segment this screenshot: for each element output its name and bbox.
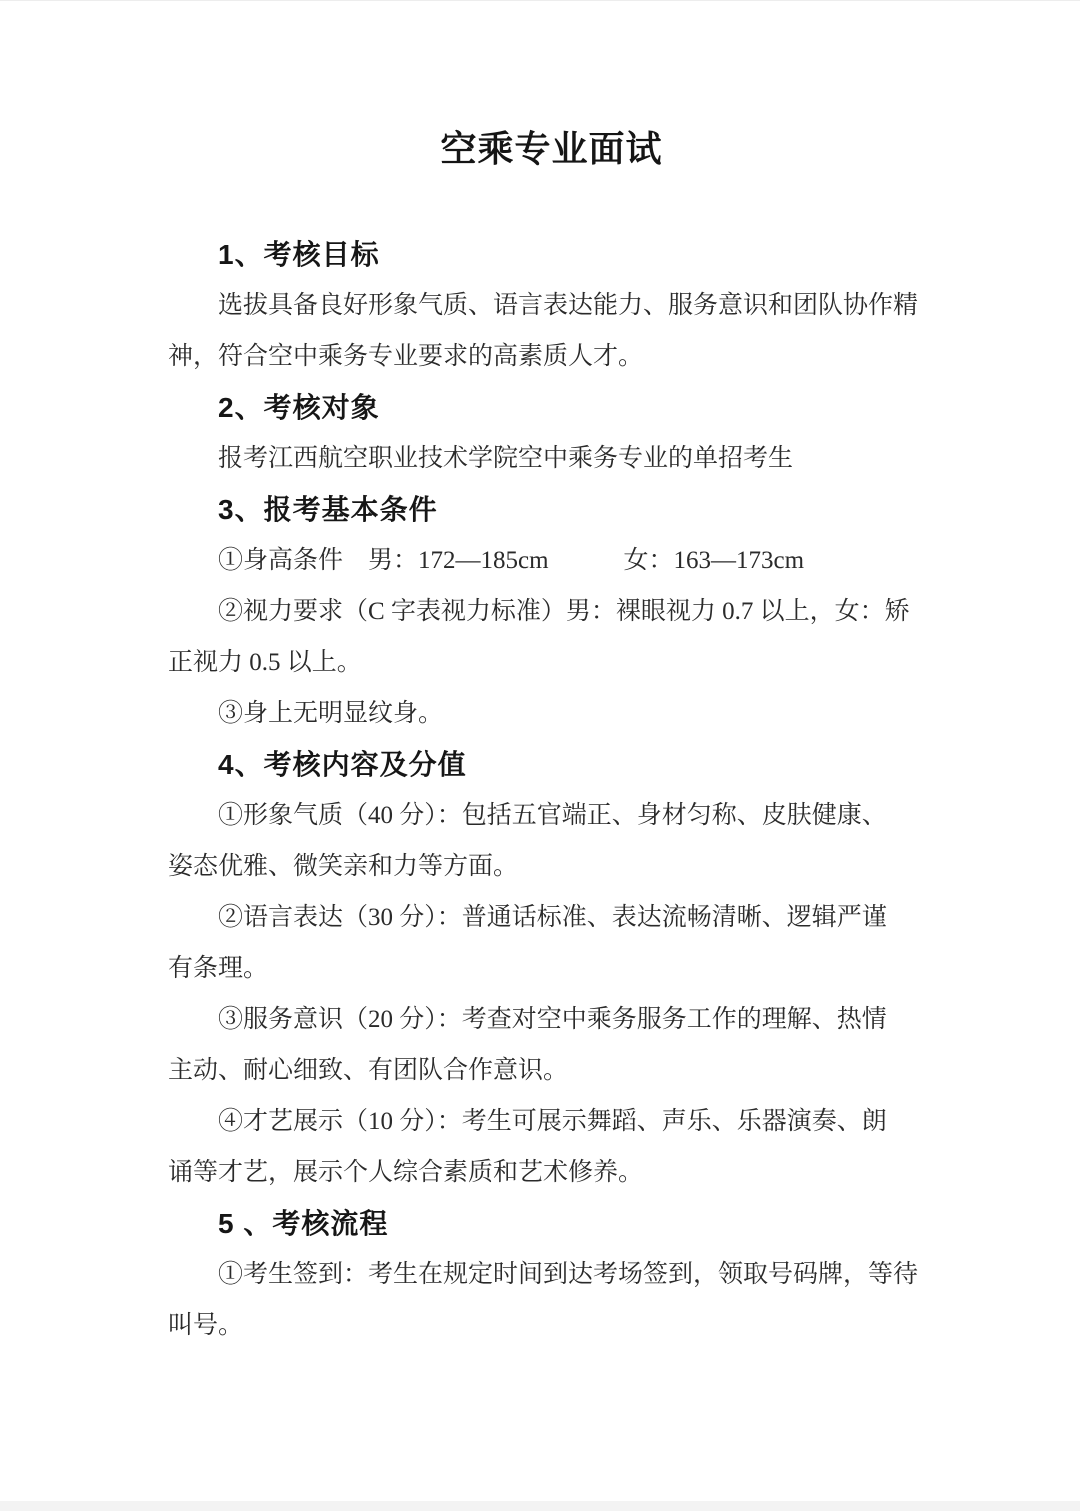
body-line-language-score: ②语言表达（30 分）：普通话标准、表达流畅清晰、逻辑严谨 xyxy=(168,892,935,943)
body-line-tattoo-requirement: ③身上无明显纹身。 xyxy=(168,688,935,739)
body-line-signin-step: ①考生签到：考生在规定时间到达考场签到，领取号码牌，等待 xyxy=(168,1249,935,1300)
section-heading-4: 4、考核内容及分值 xyxy=(168,739,935,790)
body-line: 正视力 0.5 以上。 xyxy=(168,637,935,688)
section-heading-3: 3、报考基本条件 xyxy=(168,484,935,535)
document-title: 空乘专业面试 xyxy=(168,121,935,172)
body-line-height-requirement: ①身高条件 男：172—185cm 女：163—173cm xyxy=(168,535,935,586)
body-line: 神，符合空中乘务专业要求的高素质人才。 xyxy=(168,331,935,382)
page-bottom-edge xyxy=(0,1501,1080,1511)
body-line: 有条理。 xyxy=(168,943,935,994)
document-body: 1、考核目标 选拔具备良好形象气质、语言表达能力、服务意识和团队协作精 神，符合… xyxy=(168,229,935,1351)
body-line-vision-requirement: ②视力要求（C 字表视力标准）男：裸眼视力 0.7 以上，女：矫 xyxy=(168,586,935,637)
document-page: 空乘专业面试 1、考核目标 选拔具备良好形象气质、语言表达能力、服务意识和团队协… xyxy=(0,0,1080,1511)
body-line: 报考江西航空职业技术学院空中乘务专业的单招考生 xyxy=(168,433,935,484)
body-line-appearance-score: ①形象气质（40 分）：包括五官端正、身材匀称、皮肤健康、 xyxy=(168,790,935,841)
section-heading-2: 2、考核对象 xyxy=(168,382,935,433)
body-line: 主动、耐心细致、有团队合作意识。 xyxy=(168,1045,935,1096)
body-line-talent-score: ④才艺展示（10 分）：考生可展示舞蹈、声乐、乐器演奏、朗 xyxy=(168,1096,935,1147)
body-line: 叫号。 xyxy=(168,1300,935,1351)
body-line-service-score: ③服务意识（20 分）：考查对空中乘务服务工作的理解、热情 xyxy=(168,994,935,1045)
body-line: 诵等才艺，展示个人综合素质和艺术修养。 xyxy=(168,1147,935,1198)
section-heading-1: 1、考核目标 xyxy=(168,229,935,280)
section-heading-5: 5 、考核流程 xyxy=(168,1198,935,1249)
body-line: 选拔具备良好形象气质、语言表达能力、服务意识和团队协作精 xyxy=(168,280,935,331)
body-line: 姿态优雅、微笑亲和力等方面。 xyxy=(168,841,935,892)
